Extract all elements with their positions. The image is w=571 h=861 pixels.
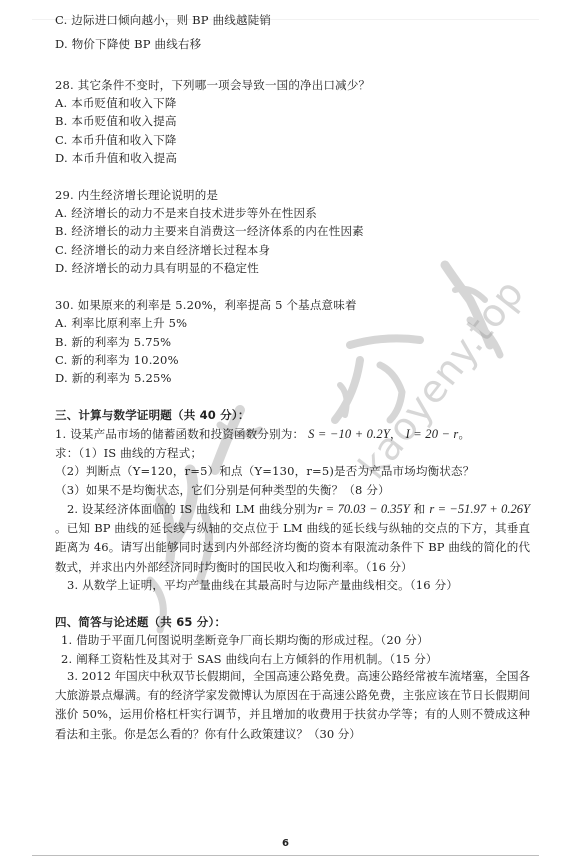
s4-q2: 2. 阐释工资粘性及其对于 SAS 曲线向右上方倾斜的作用机制。（15 分） — [61, 651, 438, 667]
s3-q2-text-c: 。已知 BP 曲线的延长线与纵轴的交点位于 LM 曲线的延长线与纵轴的交点的下方… — [55, 521, 530, 573]
bottom-divider — [32, 855, 539, 856]
s3-q1-sub1: 求：（1）IS 曲线的方程式； — [55, 445, 202, 461]
s3-q1-stem: 1. 设某产品市场的储蓄函数和投资函数分别为： S = −10 + 0.2Y， … — [55, 426, 470, 442]
q29-stem: 29. 内生经济增长理论说明的是 — [55, 187, 218, 203]
q28-option-c: C. 本币升值和收入下降 — [55, 132, 177, 148]
watermark-url: kaoyeny.top — [350, 271, 533, 487]
s3-q1-sub2: （2）判断点（Y=120，r=5）和点（Y=130，r=5)是否为产品市场均衡状… — [55, 463, 474, 479]
s3-q1-stem-prefix: 1. 设某产品市场的储蓄函数和投资函数分别为： — [55, 427, 304, 441]
section4-title: 四、简答与论述题（共 65 分）： — [55, 614, 226, 630]
section3-title: 三、计算与数学证明题（共 40 分）： — [55, 407, 250, 423]
q30-option-b: B. 新的利率为 5.75% — [55, 334, 171, 350]
s3-q1-sub3: （3）如果不是均衡状态，它们分别是何种类型的失衡？（8 分） — [55, 482, 390, 498]
q28-option-a: A. 本币贬值和收入下降 — [55, 95, 177, 111]
s3-q2-paragraph: 2. 设某经济体面临的 IS 曲线和 LM 曲线分别为r = 70.03 − 0… — [55, 500, 530, 577]
lm-curve-formula: r = −51.97 + 0.26Y — [429, 502, 530, 516]
s3-q2-text-a: 2. 设某经济体面临的 IS 曲线和 LM 曲线分别为 — [67, 502, 318, 516]
savings-function-formula: S = −10 + 0.2Y — [308, 427, 390, 441]
s4-q3: 3. 2012 年国庆中秋双节长假期间，全国高速公路免费。高速公路经常被车流堵塞… — [55, 667, 530, 744]
s3-q3: 3. 从数学上证明，平均产量曲线在其最高时与边际产量曲线相交。（16 分） — [67, 577, 458, 593]
q30-option-a: A. 利率比原利率上升 5% — [55, 315, 187, 331]
s4-q1: 1. 借助于平面几何图说明垄断竞争厂商长期均衡的形成过程。（20 分） — [61, 632, 429, 648]
is-curve-formula: r = 70.03 − 0.35Y — [318, 502, 410, 516]
q27-option-c: C. 边际进口倾向越小，则 BP 曲线越陡销 — [55, 12, 271, 28]
q29-option-b: B. 经济增长的动力主要来自消费这一经济体系的内在性因素 — [55, 223, 364, 239]
s3-q2-text-b: 和 — [410, 502, 430, 516]
q30-stem: 30. 如果原来的利率是 5.20%，利率提高 5 个基点意味着 — [55, 297, 357, 313]
q27-option-d: D. 物价下降使 BP 曲线右移 — [55, 36, 201, 52]
page-number: 6 — [0, 838, 571, 849]
q29-option-a: A. 经济增长的动力不是来自技术进步等外在性因系 — [55, 205, 317, 221]
q30-option-d: D. 新的利率为 5.25% — [55, 370, 172, 386]
q28-option-b: B. 本币贬值和收入提高 — [55, 113, 177, 129]
q29-option-d: D. 经济增长的动力具有明显的不稳定性 — [55, 260, 259, 276]
q30-option-c: C. 新的利率为 10.20% — [55, 352, 179, 368]
s3-q1-stem-suffix: 。 — [459, 427, 471, 441]
q28-stem: 28. 其它条件不变时，下列哪一项会导致一国的净出口减少？ — [55, 77, 370, 93]
q29-option-c: C. 经济增长的动力来自经济增长过程本身 — [55, 242, 270, 258]
investment-function-formula: I = 20 − r — [406, 427, 459, 441]
formula-separator: ， — [390, 427, 402, 441]
q28-option-d: D. 本币升值和收入提高 — [55, 150, 177, 166]
